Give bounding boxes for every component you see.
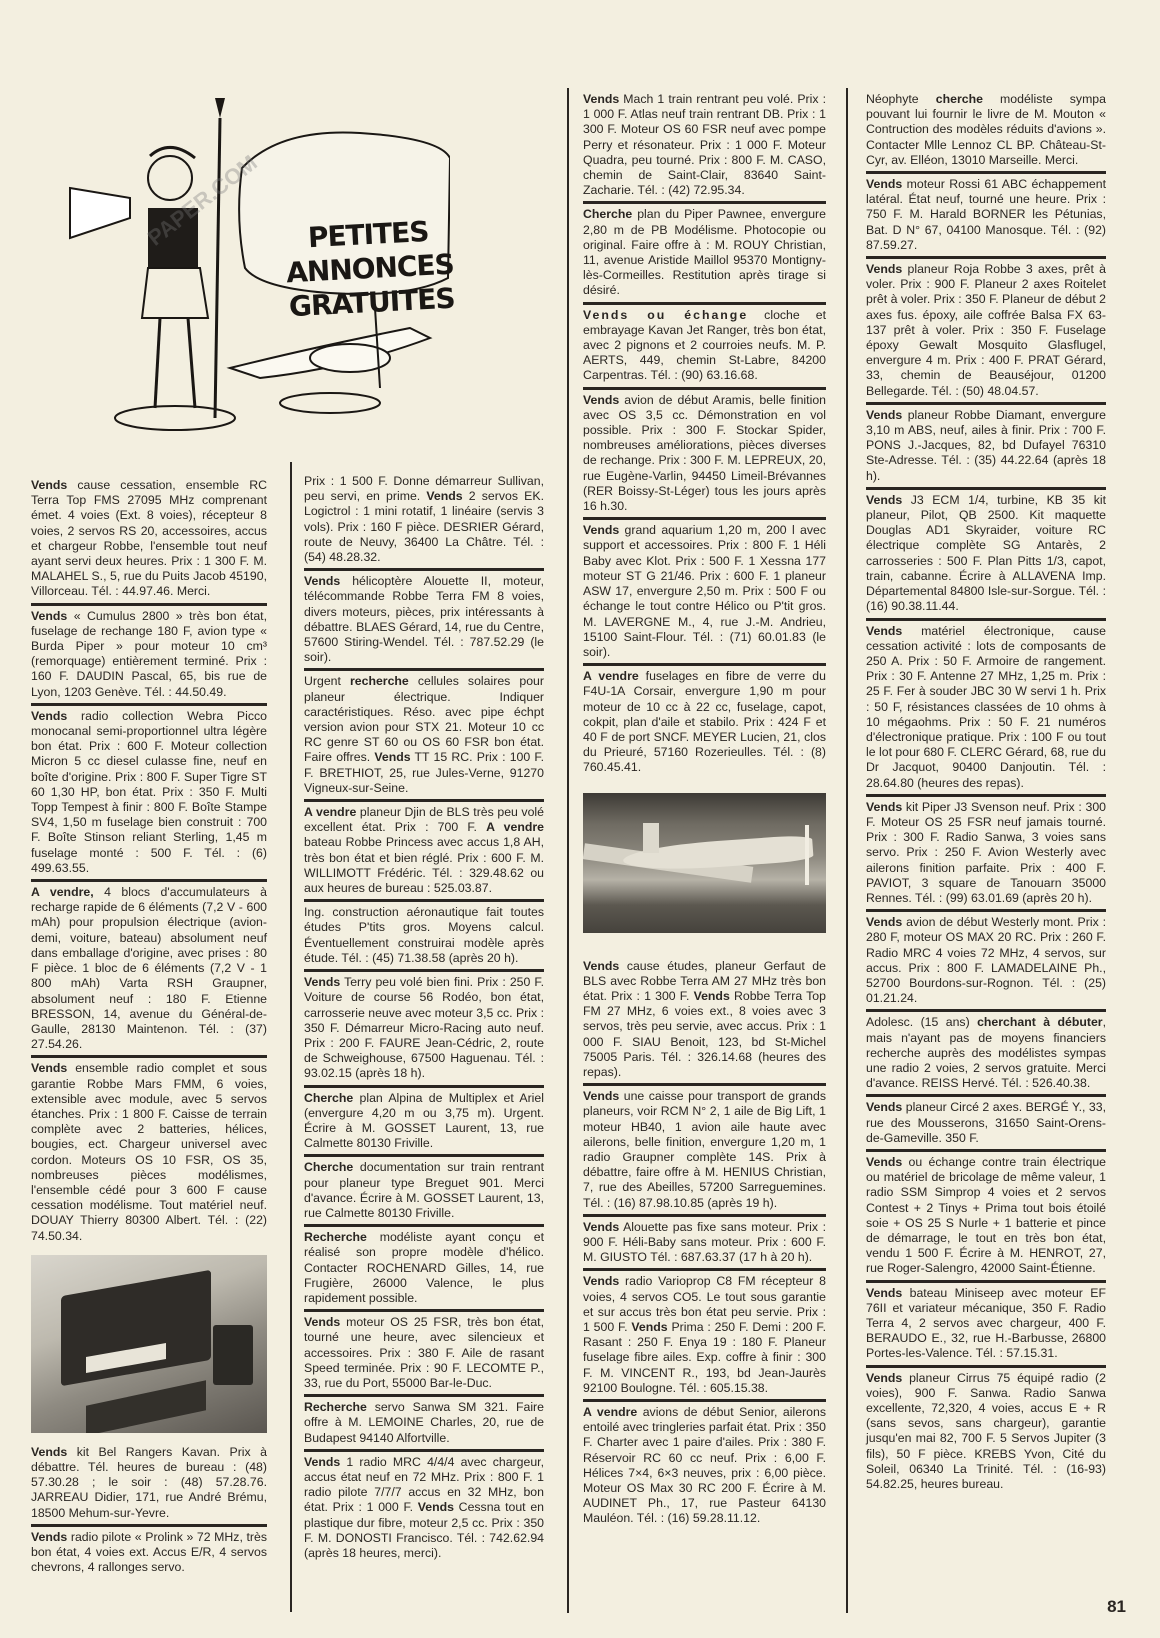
classified-ad: Ing. construction aéronautique fait tout… xyxy=(304,899,544,969)
plane-tail xyxy=(643,823,659,853)
classified-ad: Vends Alouette pas fixe sans moteur. Pri… xyxy=(583,1214,826,1269)
classified-ad: Vends moteur OS 25 FSR, très bon état, t… xyxy=(304,1309,544,1394)
classified-ad: Vends une caisse pour transport de grand… xyxy=(583,1083,826,1214)
classified-ad: Vends ou échange contre train électrique… xyxy=(866,1149,1106,1280)
classified-ad: Vends planeur Cirrus 75 équipé radio (2 … xyxy=(866,1365,1106,1496)
column-divider xyxy=(846,88,848,1613)
classified-ad: Vends bateau Miniseep avec moteur EF 76I… xyxy=(866,1280,1106,1365)
column-4: Néophyte cherche modéliste sympa pouvant… xyxy=(866,92,1106,1495)
classified-ad: Cherche plan Alpina de Multiplex et Arie… xyxy=(304,1085,544,1155)
model-plane-photo xyxy=(583,793,826,933)
classified-ad: Vends radio Varioprop C8 FM récepteur 8 … xyxy=(583,1268,826,1399)
classified-ad: Prix : 1 500 F. Donne démarreur Sullivan… xyxy=(304,474,544,568)
classified-ad: Vends kit Piper J3 Svenson neuf. Prix : … xyxy=(866,794,1106,909)
classified-ad: Vends planeur Roja Robbe 3 axes, prêt à … xyxy=(866,256,1106,402)
classified-ad: Vends avion de début Westerly mont. Prix… xyxy=(866,909,1106,1009)
classified-ad: Néophyte cherche modéliste sympa pouvant… xyxy=(866,92,1106,171)
classified-ad: Vends planeur Robbe Diamant, envergure 3… xyxy=(866,402,1106,487)
classified-ad: A vendre, 4 blocs d'accumulateurs à rech… xyxy=(31,879,267,1055)
classified-ad: A vendre planeur Djin de BLS très peu vo… xyxy=(304,799,544,899)
classified-ad: Vends grand aquarium 1,20 m, 200 l avec … xyxy=(583,517,826,663)
classified-ad: Vends hélicoptère Alouette II, moteur, t… xyxy=(304,568,544,668)
classified-ad: Vends cause cessation, ensemble RC Terra… xyxy=(31,478,267,603)
magazine-page: PAPER.COM PETITES ANNONCES GRATUITES Ven… xyxy=(0,0,1160,1638)
page-title: PETITES ANNONCES GRATUITES xyxy=(267,213,472,325)
classified-ad: Vends matériel électronique, cause cessa… xyxy=(866,618,1106,794)
classified-ad: Recherche servo Sanwa SM 321. Faire offr… xyxy=(304,1394,544,1449)
classified-ad: Vends cause études, planeur Gerfaut de B… xyxy=(583,959,826,1084)
classified-ad: Vends 1 radio MRC 4/4/4 avec chargeur, a… xyxy=(304,1449,544,1564)
classified-ad: Vends « Cumulus 2800 » très bon état, fu… xyxy=(31,603,267,703)
classified-ad: Vends Terry peu volé bien fini. Prix : 2… xyxy=(304,969,544,1084)
page-number: 81 xyxy=(1107,1597,1126,1617)
classified-ad: Vends avion de début Aramis, belle finit… xyxy=(583,387,826,518)
column-divider xyxy=(290,462,292,1612)
classified-ad: Vends kit Bel Rangers Kavan. Prix à déba… xyxy=(31,1445,267,1524)
plane-propeller xyxy=(805,825,809,885)
receiver-pack xyxy=(213,1325,253,1385)
classified-ad: Cherche plan du Piper Pawnee, envergure … xyxy=(583,201,826,301)
classified-ad: Vends radio pilote « Prolink » 72 MHz, t… xyxy=(31,1524,267,1579)
header-illustration: PAPER.COM PETITES ANNONCES GRATUITES xyxy=(30,78,450,438)
classified-ad: Recherche modéliste ayant conçu et réali… xyxy=(304,1224,544,1309)
classified-ad: Vends ou échange cloche et embrayage Kav… xyxy=(583,302,826,387)
classified-ad: Adolesc. (15 ans) cherchant à débuter, m… xyxy=(866,1009,1106,1094)
classified-ad: Vends radio collection Webra Picco monoc… xyxy=(31,703,267,879)
classified-ad: Vends planeur Circé 2 axes. BERGÉ Y., 33… xyxy=(866,1094,1106,1149)
column-2: Prix : 1 500 F. Donne démarreur Sullivan… xyxy=(304,474,544,1564)
column-divider xyxy=(567,88,569,1613)
classified-ad: Urgent recherche cellules solaires pour … xyxy=(304,668,544,799)
classified-ad: Vends ensemble radio complet et sous gar… xyxy=(31,1055,267,1246)
classified-ad: A vendre avions de début Senior, aileron… xyxy=(583,1399,826,1530)
column-1: Vends cause cessation, ensemble RC Terra… xyxy=(31,478,267,1578)
classified-ad: Cherche documentation sur train rentrant… xyxy=(304,1154,544,1224)
transmitter-body xyxy=(61,1270,211,1386)
classified-ad: Vends J3 ECM 1/4, turbine, KB 35 kit pla… xyxy=(866,487,1106,618)
classified-ad: A vendre fuselages en fibre de verre du … xyxy=(583,663,826,778)
transmitter-photo xyxy=(31,1255,267,1433)
classified-ad: Vends Mach 1 train rentrant peu volé. Pr… xyxy=(583,92,826,201)
column-3: Vends Mach 1 train rentrant peu volé. Pr… xyxy=(583,92,826,1530)
classified-ad: Vends moteur Rossi 61 ABC échappement la… xyxy=(866,171,1106,256)
servo-set xyxy=(86,1380,206,1433)
